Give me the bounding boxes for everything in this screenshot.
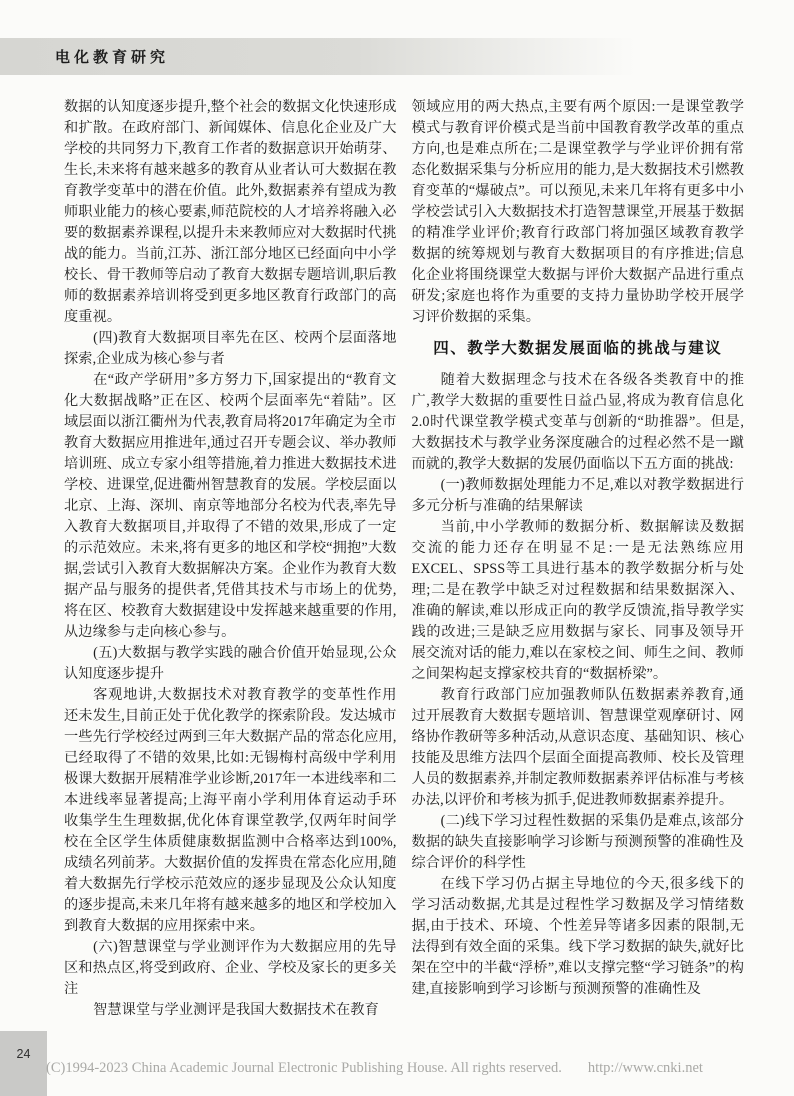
paragraph: 客观地讲,大数据技术对教育教学的变革性作用还未发生,目前正处于优化教学的探索阶段… bbox=[64, 685, 397, 937]
right-column: 领域应用的两大热点,主要有两个原因:一是课堂教学模式与教育评价模式是当前中国教育… bbox=[412, 97, 745, 1029]
journal-page: 电化教育研究 数据的认知度逐步提升,整个社会的数据文化快速形成和扩散。在政府部门… bbox=[0, 0, 794, 1096]
page-number: 24 bbox=[0, 1047, 47, 1061]
paragraph: 随着大数据理念与技术在各级各类教育中的推广,教学大数据的重要性日益凸显,将成为教… bbox=[412, 370, 745, 475]
subsection-heading: (一)教师数据处理能力不足,难以对教学数据进行多元分析与准确的结果解读 bbox=[412, 475, 745, 517]
paragraph: 在“政产学研用”多方努力下,国家提出的“教育文化大数据战略”正在区、校两个层面率… bbox=[64, 370, 397, 643]
section-heading: 四、教学大数据发展面临的挑战与建议 bbox=[412, 338, 745, 359]
copyright-line: (C)1994-2023 China Academic Journal Elec… bbox=[46, 1060, 703, 1077]
paragraph: 在线下学习仍占据主导地位的今天,很多线下的学习活动数据,尤其是过程性学习数据及学… bbox=[412, 874, 745, 1000]
subsection-heading: (四)教育大数据项目率先在区、校两个层面落地探索,企业成为核心参与者 bbox=[64, 328, 397, 370]
page-number-box: 24 bbox=[0, 1031, 47, 1096]
subsection-heading: (六)智慧课堂与学业测评作为大数据应用的先导区和热点区,将受到政府、企业、学校及… bbox=[64, 937, 397, 1000]
paragraph: 教育行政部门应加强教师队伍数据素养教育,通过开展教育大数据专题培训、智慧课堂观摩… bbox=[412, 685, 745, 811]
copyright-text: (C)1994-2023 China Academic Journal Elec… bbox=[46, 1060, 562, 1076]
paragraph: 当前,中小学教师的数据分析、数据解读及数据交流的能力还存在明显不足:一是无法熟练… bbox=[412, 517, 745, 685]
page-header-bar: 电化教育研究 bbox=[0, 38, 794, 75]
subsection-heading: (二)线下学习过程性数据的采集仍是难点,该部分数据的缺失直接影响学习诊断与预测预… bbox=[412, 811, 745, 874]
paragraph: 领域应用的两大热点,主要有两个原因:一是课堂教学模式与教育评价模式是当前中国教育… bbox=[412, 97, 745, 328]
article-body: 数据的认知度逐步提升,整个社会的数据文化快速形成和扩散。在政府部门、新闻媒体、信… bbox=[64, 97, 744, 1029]
paragraph: 数据的认知度逐步提升,整个社会的数据文化快速形成和扩散。在政府部门、新闻媒体、信… bbox=[64, 97, 397, 328]
journal-title: 电化教育研究 bbox=[55, 46, 169, 67]
cnki-url: http://www.cnki.net bbox=[588, 1060, 703, 1076]
left-column: 数据的认知度逐步提升,整个社会的数据文化快速形成和扩散。在政府部门、新闻媒体、信… bbox=[64, 97, 397, 1029]
subsection-heading: (五)大数据与教学实践的融合价值开始显现,公众认知度逐步提升 bbox=[64, 643, 397, 685]
paragraph: 智慧课堂与学业测评是我国大数据技术在教育 bbox=[64, 1000, 397, 1021]
